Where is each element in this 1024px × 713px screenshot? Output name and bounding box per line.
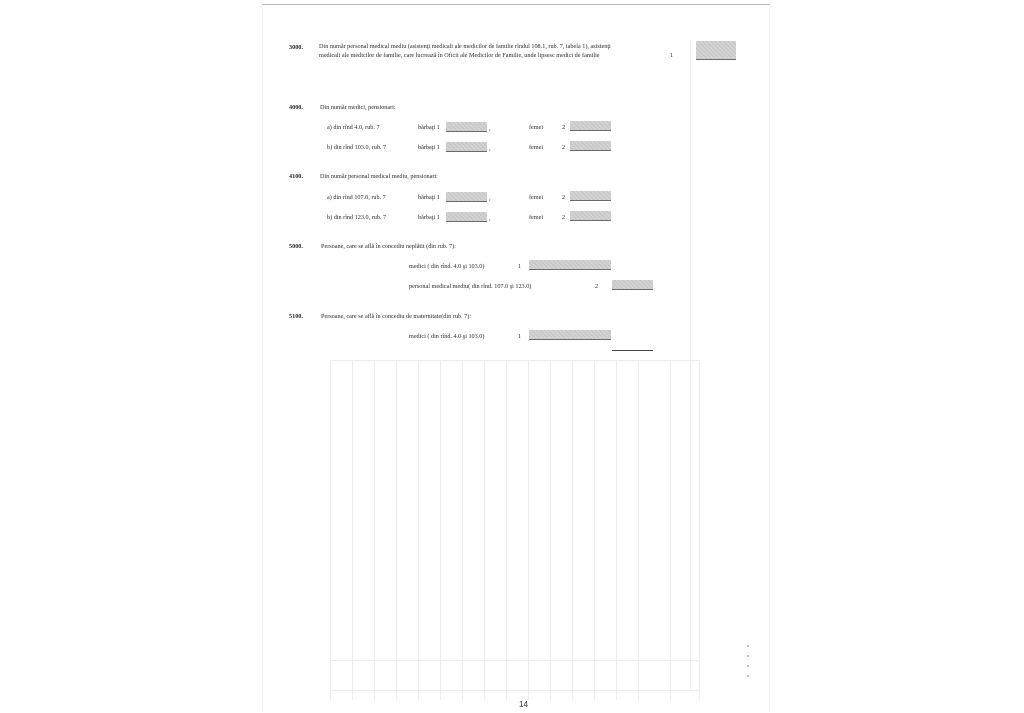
women-label: femei [529,145,543,151]
input-field-3000[interactable] [696,41,736,60]
row-label: b) din rînd 123.0, rub. 7 [327,215,386,221]
input-women-4100a[interactable] [570,191,611,201]
row-label: medici ( din rînd. 4.0 şi 103.0) [409,264,484,270]
input-5100-medici[interactable] [529,330,611,340]
separator: , [489,196,491,202]
bleed-through-line [690,40,691,690]
field-number-label: 1 [670,53,673,59]
row-label: b) din rînd 103.0, rub. 7 [327,145,386,151]
section-3000-text-line1: Din număr personal medical mediu (asiste… [319,44,611,50]
women-label: femei [529,215,543,221]
section-4000-title: Din număr medici, pensionari: [320,105,396,111]
input-5000-personal[interactable] [612,280,653,290]
page-number: 14 [519,700,528,709]
input-5000-medici[interactable] [529,260,611,270]
separator: , [489,126,491,132]
men-label: bărbaţi 1 [418,145,440,151]
row-label: a) din rînd 107.0, rub. 7 [327,195,386,201]
separator: , [489,216,491,222]
blank-underline [612,350,653,351]
men-label: bărbaţi 1 [418,215,440,221]
input-men-4100a[interactable] [446,192,487,202]
section-code-4000: 4000. [289,105,303,111]
section-5000-title: Persoane, care se află în concediu neplă… [321,244,456,250]
row-label: medici ( din rînd. 4.0 şi 103.0) [409,334,484,340]
input-women-4100b[interactable] [570,211,611,221]
margin-marks [747,645,749,685]
men-label: bărbaţi 1 [418,125,440,131]
section-code-5000: 5000. [289,244,303,250]
section-5100-title: Persoane, care se află în concediu de ma… [321,314,471,320]
separator: , [489,146,491,152]
section-4100-title: Din număr personal medical mediu, pensio… [320,174,438,180]
women-num: 2 [562,215,565,221]
input-women-4000b[interactable] [570,141,611,151]
women-label: femei [529,125,543,131]
section-code-3000: 3000. [289,45,303,51]
section-code-5100: 5100. [289,314,303,320]
input-men-4100b[interactable] [446,212,487,222]
input-men-4000b[interactable] [446,142,487,152]
women-num: 2 [562,145,565,151]
bleed-through-table [330,360,700,700]
men-label: bărbaţi 1 [418,195,440,201]
input-men-4000a[interactable] [446,122,487,132]
women-num: 2 [562,125,565,131]
input-women-4000a[interactable] [570,121,611,131]
women-num: 2 [562,195,565,201]
women-label: femei [529,195,543,201]
row-num: 1 [518,264,521,270]
row-label: a) din rînd 4.0, rub. 7 [327,125,380,131]
row-label: personal medical mediu( din rînd. 107.0 … [409,284,531,290]
section-3000-text-line2: medicali ale medicilor de familie, care … [319,53,600,59]
row-num: 1 [518,334,521,340]
row-num: 2 [595,284,598,290]
section-code-4100: 4100. [289,174,303,180]
